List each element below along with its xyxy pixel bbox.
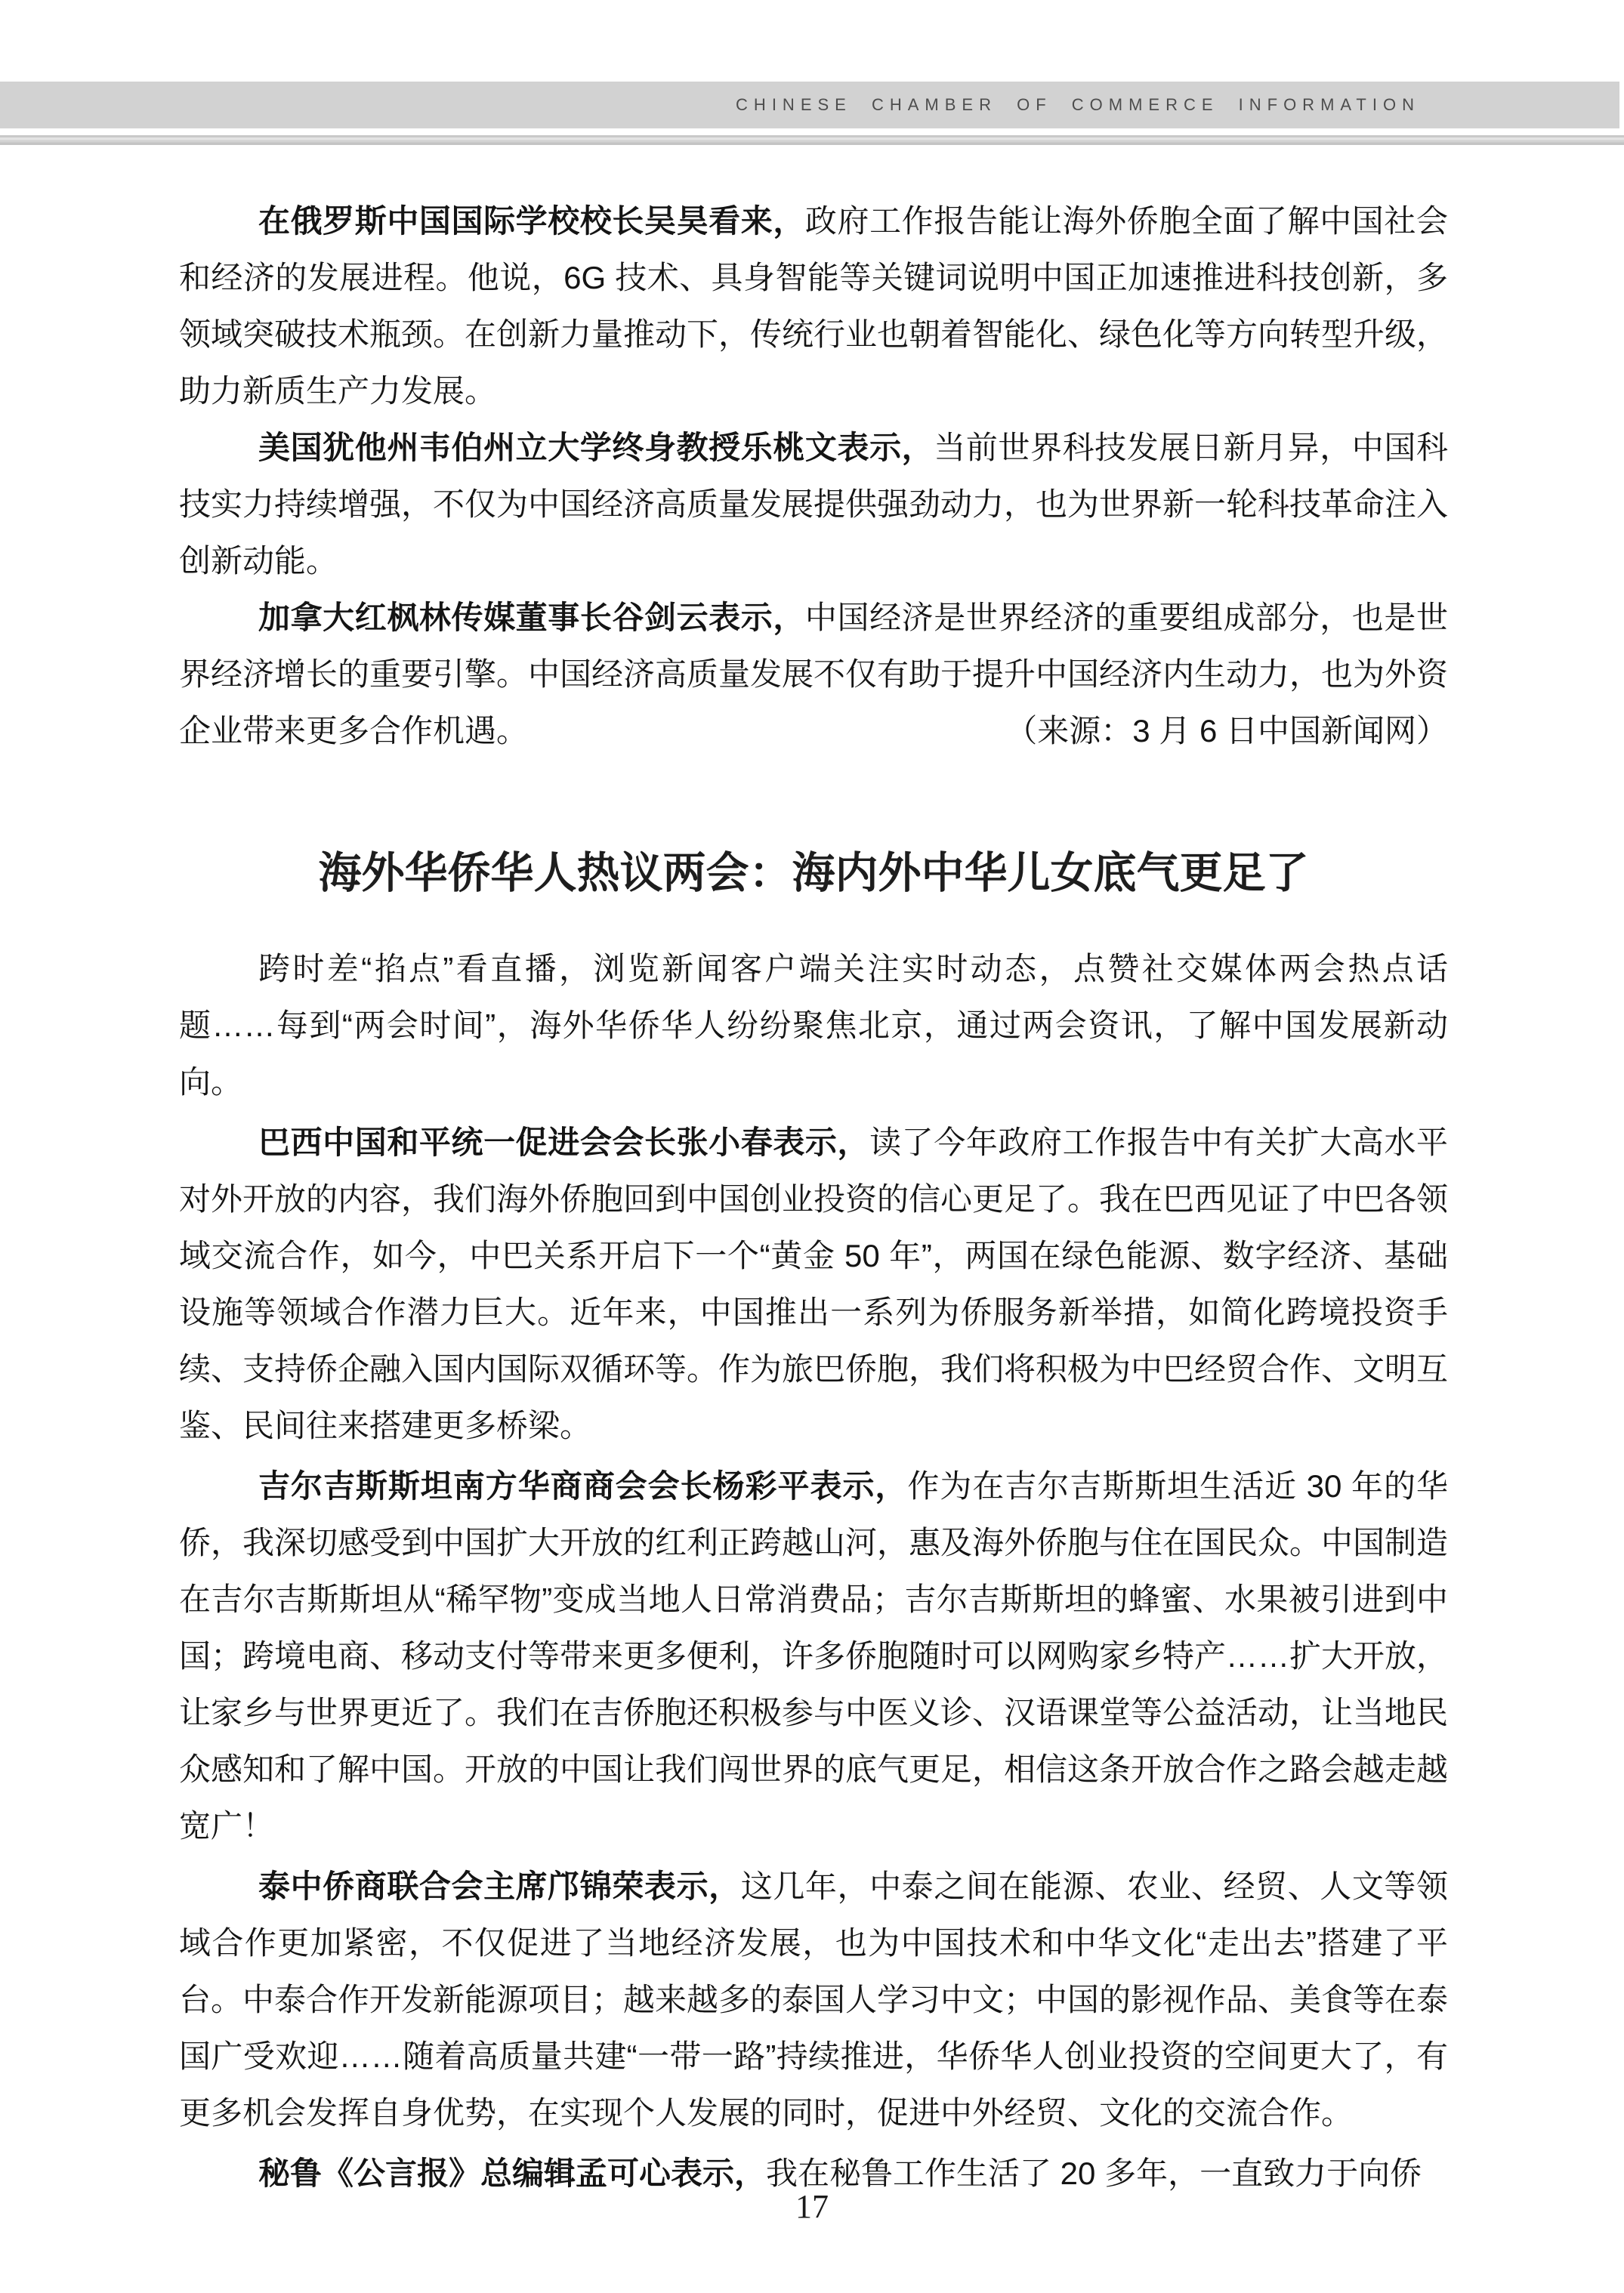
paragraph: 跨时差“掐点”看直播，浏览新闻客户端关注实时动态，点赞社交媒体两会热点话题……每… [179, 940, 1448, 1110]
article-main-section: 跨时差“掐点”看直播，浏览新闻客户端关注实时动态，点赞社交媒体两会热点话题……每… [179, 940, 1448, 2202]
paragraph-lead: 泰中侨商联合会主席邝锦荣表示， [258, 1869, 741, 1904]
document-page: CHINESE CHAMBER OF COMMERCE INFORMATION … [0, 0, 1624, 2293]
paragraph-lead: 在俄罗斯中国国际学校校长吴昊看来， [258, 203, 805, 239]
header-banner: CHINESE CHAMBER OF COMMERCE INFORMATION [0, 82, 1619, 128]
article-top-section: 在俄罗斯中国国际学校校长吴昊看来，政府工作报告能让海外侨胞全面了解中国社会和经济… [179, 193, 1448, 759]
page-number: 17 [0, 2187, 1624, 2226]
source-attribution: （来源：3 月 6 日中国新闻网） [1005, 702, 1448, 759]
section-title: 海外华侨华人热议两会：海内外中华儿女底气更足了 [179, 841, 1448, 906]
paragraph-text: 这几年，中泰之间在能源、农业、经贸、人文等领域合作更加紧密，不仅促进了当地经济发… [179, 1869, 1448, 2131]
paragraph-lead: 加拿大红枫林传媒董事长谷剑云表示， [258, 600, 805, 635]
paragraph: 加拿大红枫林传媒董事长谷剑云表示，中国经济是世界经济的重要组成部分，也是世界经济… [179, 589, 1448, 759]
paragraph-lead: 秘鲁《公言报》总编辑孟可心表示， [258, 2156, 766, 2191]
paragraph-text: 跨时差“掐点”看直播，浏览新闻客户端关注实时动态，点赞社交媒体两会热点话题……每… [179, 951, 1448, 1100]
paragraph-lead: 巴西中国和平统一促进会会长张小春表示， [258, 1125, 869, 1160]
paragraph-lead: 吉尔吉斯斯坦南方华商商会会长杨彩平表示， [258, 1468, 907, 1504]
header-banner-text: CHINESE CHAMBER OF COMMERCE INFORMATION [0, 82, 1619, 128]
paragraph-lead: 美国犹他州韦伯州立大学终身教授乐桃文表示， [258, 430, 934, 465]
paragraph: 泰中侨商联合会主席邝锦荣表示，这几年，中泰之间在能源、农业、经贸、人文等领域合作… [179, 1858, 1448, 2141]
article-column: 在俄罗斯中国国际学校校长吴昊看来，政府工作报告能让海外侨胞全面了解中国社会和经济… [179, 193, 1448, 2202]
header-divider-stripe [0, 135, 1624, 145]
paragraph-text: 作为在吉尔吉斯斯坦生活近 30 年的华侨，我深切感受到中国扩大开放的红利正跨越山… [179, 1468, 1448, 1844]
paragraph-text: 我在秘鲁工作生活了 20 多年，一直致力于向侨 [766, 2156, 1422, 2191]
paragraph: 在俄罗斯中国国际学校校长吴昊看来，政府工作报告能让海外侨胞全面了解中国社会和经济… [179, 193, 1448, 419]
paragraph: 吉尔吉斯斯坦南方华商商会会长杨彩平表示，作为在吉尔吉斯斯坦生活近 30 年的华侨… [179, 1458, 1448, 1854]
paragraph: 巴西中国和平统一促进会会长张小春表示，读了今年政府工作报告中有关扩大高水平对外开… [179, 1114, 1448, 1454]
paragraph: 美国犹他州韦伯州立大学终身教授乐桃文表示，当前世界科技发展日新月异，中国科技实力… [179, 419, 1448, 589]
paragraph-text: 读了今年政府工作报告中有关扩大高水平对外开放的内容，我们海外侨胞回到中国创业投资… [179, 1125, 1448, 1443]
